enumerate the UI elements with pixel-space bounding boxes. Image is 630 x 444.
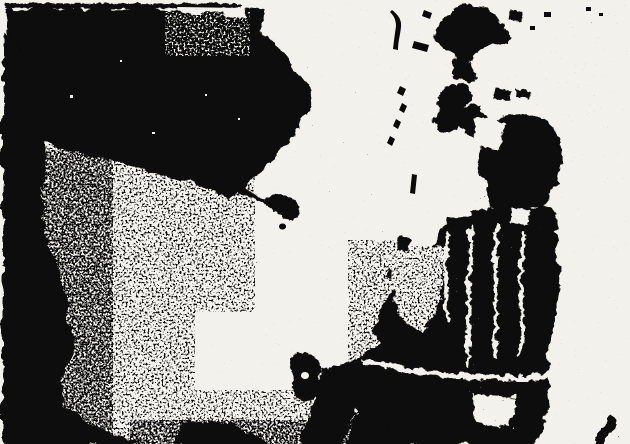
island-ring-hole: [301, 372, 309, 379]
photo-shape-layer: [0, 0, 630, 444]
strip-gap-line: [178, 8, 242, 9]
snout-dot: [279, 223, 286, 229]
mass-white-erosion: [165, 12, 250, 56]
neck-notch: [509, 207, 529, 224]
speckle-top-right-corner: [555, 0, 630, 130]
mass-pinpricks: [405, 232, 550, 392]
binarized-photo-canvas: [0, 0, 630, 444]
speckle-bottom-right: [545, 416, 630, 444]
binarized-photo-stage: [0, 0, 630, 444]
speckle-upper-gap: [298, 52, 388, 187]
patch-speckle: [470, 392, 515, 428]
